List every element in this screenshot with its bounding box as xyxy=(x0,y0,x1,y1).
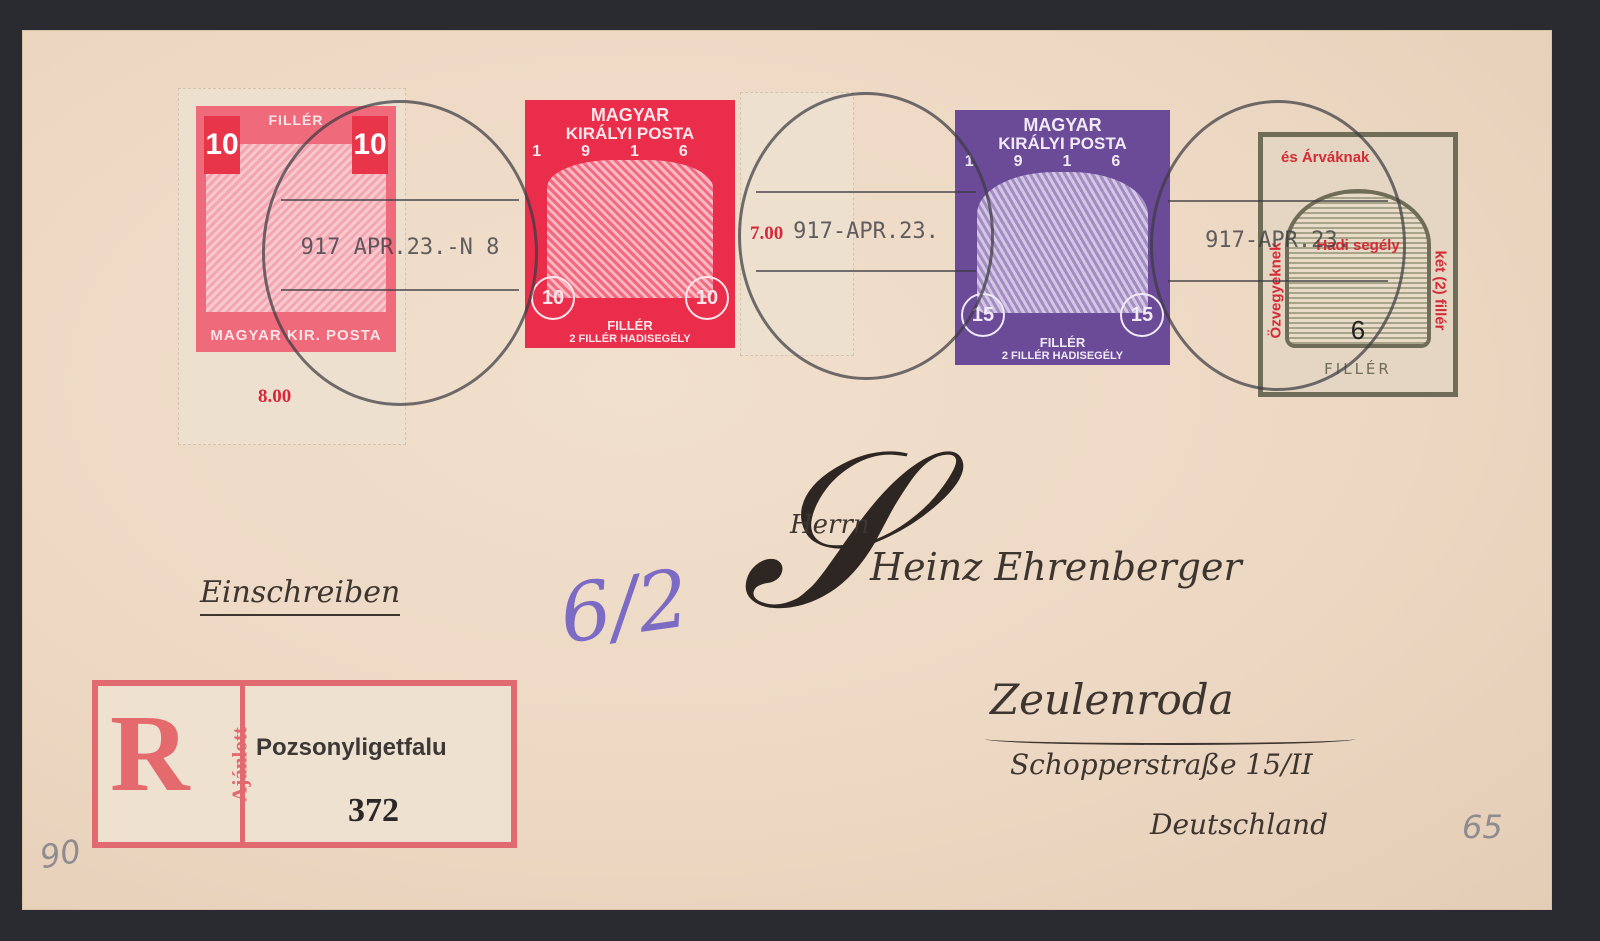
soldier-vignette xyxy=(547,160,713,298)
city-underline xyxy=(985,733,1355,745)
stamp-footer-1: FILLÉR xyxy=(955,336,1170,349)
postmark-date: 917-APR.23. xyxy=(741,219,991,244)
registration-letter: R xyxy=(110,698,189,808)
recipient-city: Zeulenroda xyxy=(990,675,1234,724)
postmark-date: 917-APR.23. xyxy=(1153,228,1403,253)
registration-office: Pozsonyligetfalu xyxy=(256,734,447,762)
recipient-name: Heinz Ehrenberger xyxy=(870,545,1242,589)
recipient-street: Schopperstraße 15/II xyxy=(1010,748,1313,781)
stamp-header-1: MAGYAR xyxy=(955,116,1170,134)
postmark-date: 917 APR.23.-N 8 xyxy=(265,235,535,260)
service-note: Einschreiben xyxy=(200,575,400,616)
pencil-note-right: 65 xyxy=(1462,808,1503,846)
recipient-country: Deutschland xyxy=(1150,808,1328,841)
blue-crayon-mark: 6/2 xyxy=(554,551,694,661)
postmark-1: 917 APR.23.-N 8 xyxy=(262,100,538,406)
stamp-value-right: 10 xyxy=(685,276,729,320)
stamp-value-left: 10 xyxy=(531,276,575,320)
stamp-soldier-10f: MAGYAR KIRÁLYI POSTA 1916 10 10 FILLÉR 2… xyxy=(525,100,735,348)
stamp-value-right: 15 xyxy=(1120,293,1164,337)
stamp-footer-2: 2 FILLÉR HADISEGÉLY xyxy=(525,334,735,345)
registration-label: R Ajánlott Pozsonyligetfalu 372 xyxy=(92,680,517,848)
salutation: Herrn xyxy=(790,510,870,540)
stamp-footer-2: 2 FILLÉR HADISEGÉLY xyxy=(955,351,1170,362)
stamp-year: 1916 xyxy=(525,144,735,160)
margin-number-1: 8.00 xyxy=(258,386,291,408)
soldier-vignette xyxy=(977,172,1148,313)
postmark-3: 917-APR.23. xyxy=(1150,100,1406,391)
overprint-right: két (2) fillér xyxy=(1432,206,1449,376)
registration-letter-box: R Ajánlott xyxy=(98,686,245,842)
stamp-year: 1916 xyxy=(955,154,1170,170)
stamp-header-1: MAGYAR xyxy=(525,106,735,124)
stamp-footer-1: FILLÉR xyxy=(525,319,735,332)
pencil-note-left: 90 xyxy=(37,832,84,876)
stamp-header-2: KIRÁLYI POSTA xyxy=(525,125,735,142)
registration-number: 372 xyxy=(348,792,399,830)
registration-vertical-text: Ajánlott xyxy=(228,705,253,825)
stamp-header-2: KIRÁLYI POSTA xyxy=(955,135,1170,152)
postmark-2: 917-APR.23. xyxy=(738,92,994,380)
